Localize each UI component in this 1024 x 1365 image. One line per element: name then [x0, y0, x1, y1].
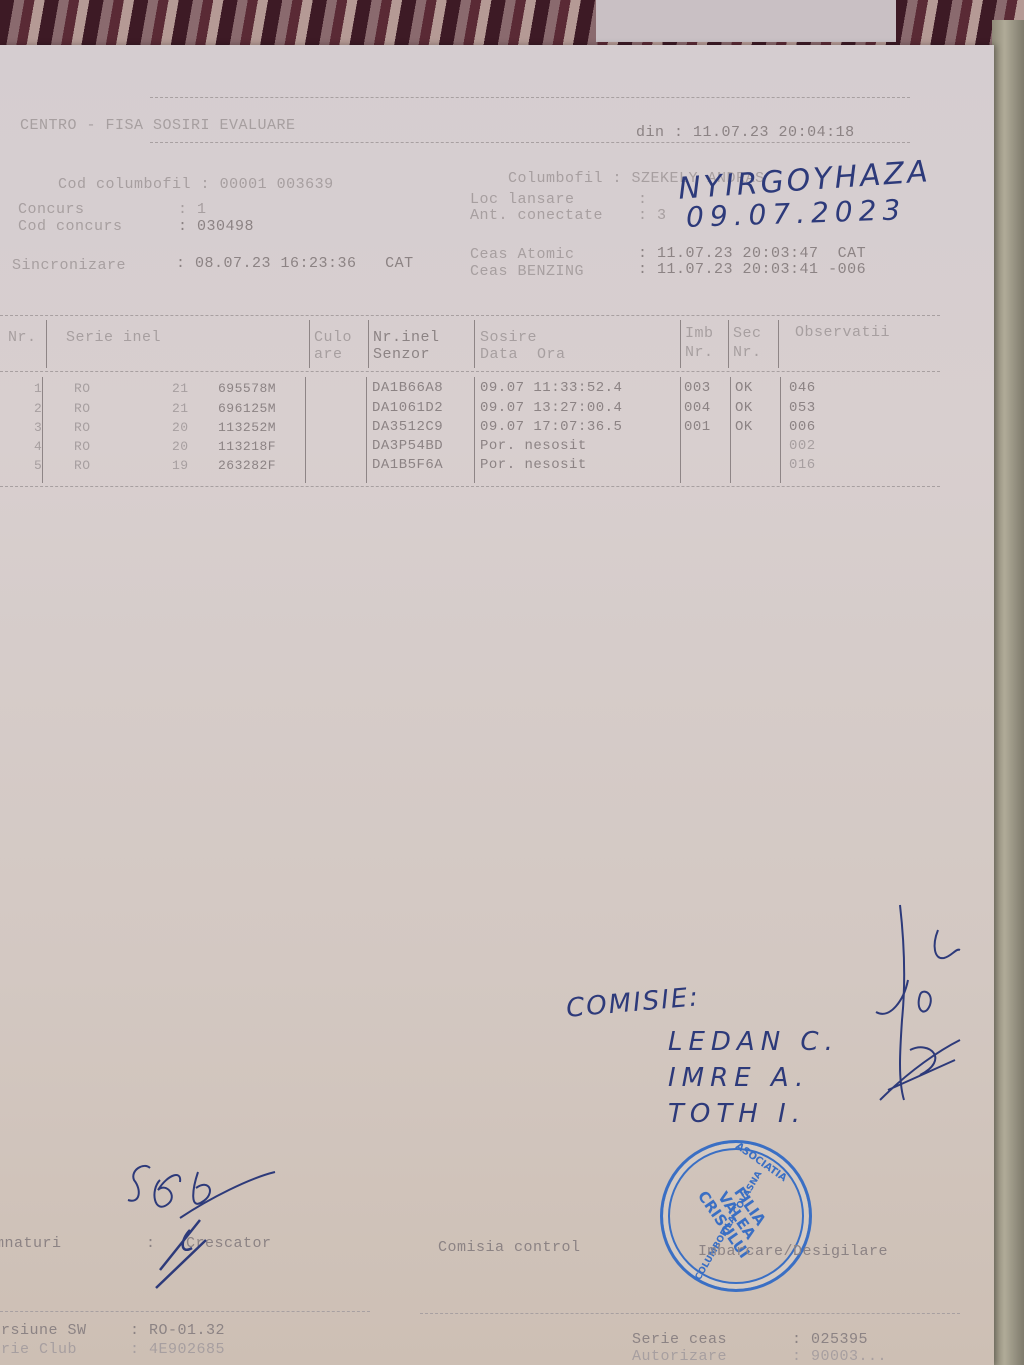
- col-header-data-ora: Data Ora: [480, 346, 566, 363]
- cod-concurs-value: : 030498: [178, 218, 254, 235]
- cell-ring: 113218F: [218, 439, 276, 454]
- cell-sec: OK: [735, 380, 753, 396]
- cell-year: 20: [172, 439, 189, 454]
- signatures-label: Semnaturi: [0, 1235, 62, 1252]
- columbofil-label: Columbofil: [508, 170, 603, 187]
- loc-lansare-label: Loc lansare: [470, 191, 575, 208]
- ceas-benzing-value: : 11.07.23 20:03:41 -006: [638, 261, 866, 278]
- col-header-imb-nr: Nr.: [685, 344, 714, 361]
- cell-year: 21: [172, 401, 189, 416]
- cell-ring: 113252M: [218, 420, 276, 435]
- column-divider: [305, 377, 306, 483]
- col-header-senzor: Senzor: [373, 346, 430, 363]
- concurs-label: Concurs: [18, 201, 85, 218]
- column-divider: [730, 377, 731, 483]
- cell-senzor: DA3P54BD: [372, 438, 443, 454]
- col-header-serie-inel: Serie inel: [66, 329, 161, 346]
- cell-ring: 695578M: [218, 381, 276, 396]
- cell-imb: 003: [684, 380, 711, 396]
- background-surface: [596, 0, 896, 42]
- cell-country: RO: [74, 458, 91, 473]
- serie-ceas-value: : 025395: [792, 1331, 868, 1348]
- column-divider: [680, 377, 681, 483]
- cell-senzor: DA1B66A8: [372, 380, 443, 396]
- col-header-culoare: Culo: [314, 329, 352, 346]
- cell-sec: OK: [735, 400, 753, 416]
- cell-nr: 3: [34, 420, 42, 435]
- cell-senzor: DA1B5F6A: [372, 457, 443, 473]
- autorizare-number: 90003...: [811, 1348, 887, 1365]
- autorizare-label: Autorizare: [632, 1348, 727, 1365]
- cell-sec: OK: [735, 419, 753, 435]
- table-top-border: [0, 315, 940, 316]
- cod-concurs-label: Cod concurs: [18, 218, 123, 235]
- ceas-atomic-value: : 11.07.23 20:03:47 CAT: [638, 245, 866, 262]
- table-header-border: [0, 371, 940, 372]
- cell-ring: 263282F: [218, 458, 276, 473]
- cell-ring: 696125M: [218, 401, 276, 416]
- ant-conectate-value: : 3: [638, 207, 667, 224]
- cell-sosire: 09.07 13:27:00.4: [480, 400, 622, 416]
- ant-conectate-label: Ant. conectate: [470, 207, 603, 224]
- cell-senzor: DA1061D2: [372, 400, 443, 416]
- cell-country: RO: [74, 439, 91, 454]
- ceas-benzing-label: Ceas BENZING: [470, 263, 584, 280]
- cell-nr: 2: [34, 401, 42, 416]
- sincronizare-label: Sincronizare: [12, 257, 126, 274]
- column-divider: [680, 320, 681, 368]
- cell-year: 21: [172, 381, 189, 396]
- handwritten-commission-title: COMISIE:: [565, 982, 701, 1024]
- cell-country: RO: [74, 420, 91, 435]
- breeder-signature: [120, 1160, 290, 1300]
- sincronizare-value: : 08.07.23 16:23:36 CAT: [176, 255, 414, 272]
- cell-year: 19: [172, 458, 189, 473]
- concurs-number: 1: [197, 201, 207, 218]
- cell-nr: 5: [34, 458, 42, 473]
- signature-imbarcare-label: Imbarcare/Desigilare: [698, 1243, 888, 1260]
- versiune-sw-number: RO-01.32: [149, 1322, 225, 1339]
- association-stamp: FILIA VALEA CRISULUI ASOCIATIA COLUMBOFI…: [660, 1140, 812, 1292]
- sincronizare-time: 08.07.23 16:23:36: [195, 255, 357, 272]
- serie-club-value: : 4E902685: [130, 1341, 225, 1358]
- ceas-atomic-label: Ceas Atomic: [470, 246, 575, 263]
- divider: [150, 142, 910, 143]
- document-title: CENTRO - FISA SOSIRI EVALUARE: [20, 117, 296, 134]
- columbofil-code-label: Cod columbofil: [58, 176, 191, 193]
- printed-at-value: 11.07.23 20:04:18: [693, 124, 855, 141]
- cell-sosire: 09.07 11:33:52.4: [480, 380, 622, 396]
- col-header-imb: Imb: [685, 325, 714, 342]
- commission-signature: [860, 900, 970, 1110]
- col-header-sec: Sec: [733, 325, 762, 342]
- col-header-observatii: Observatii: [795, 324, 890, 341]
- sincronizare-tz: CAT: [385, 255, 414, 272]
- column-divider: [728, 320, 729, 368]
- cell-obs: 053: [789, 400, 816, 416]
- col-header-culoare-2: are: [314, 346, 343, 363]
- col-header-nr: Nr.: [8, 329, 37, 346]
- handwritten-commission-member: IMRE A.: [668, 1063, 809, 1093]
- column-divider: [368, 320, 369, 368]
- loc-lansare-colon: :: [638, 191, 648, 208]
- printed-at-label: din: [636, 124, 665, 141]
- cell-obs: 046: [789, 380, 816, 396]
- column-divider: [474, 377, 475, 483]
- ant-conectate-number: 3: [657, 207, 667, 224]
- divider: [150, 97, 910, 98]
- ceas-atomic-tz: CAT: [838, 245, 867, 262]
- cod-concurs-number: 030498: [197, 218, 254, 235]
- autorizare-value: : 90003...: [792, 1348, 887, 1365]
- col-header-sec-nr: Nr.: [733, 344, 762, 361]
- serie-ceas-number: 025395: [811, 1331, 868, 1348]
- cell-imb: 004: [684, 400, 711, 416]
- cell-sosire: Por. nesosit: [480, 457, 587, 473]
- cell-obs: 006: [789, 419, 816, 435]
- column-divider: [366, 377, 367, 483]
- col-header-sosire: Sosire: [480, 329, 537, 346]
- ceas-atomic-time: 11.07.23 20:03:47: [657, 245, 819, 262]
- printed-sheet: CENTRO - FISA SOSIRI EVALUARE din : 11.0…: [0, 45, 994, 1365]
- cell-senzor: DA3512C9: [372, 419, 443, 435]
- column-divider: [778, 320, 779, 368]
- column-divider: [309, 320, 310, 368]
- versiune-sw-label: Versiune SW: [0, 1322, 87, 1339]
- cell-year: 20: [172, 420, 189, 435]
- serie-club-number: 4E902685: [149, 1341, 225, 1358]
- column-divider: [474, 320, 475, 368]
- cell-obs: 002: [789, 438, 816, 454]
- cell-country: RO: [74, 401, 91, 416]
- column-divider: [780, 377, 781, 483]
- cell-sosire: Por. nesosit: [480, 438, 587, 454]
- serie-ceas-label: Serie ceas: [632, 1331, 727, 1348]
- cell-nr: 4: [34, 439, 42, 454]
- columbofil-code-value: 00001 003639: [220, 176, 334, 193]
- ceas-benzing-time: 11.07.23 20:03:41: [657, 261, 819, 278]
- signature-comisia-label: Comisia control: [438, 1239, 581, 1256]
- versiune-sw-value: : RO-01.32: [130, 1322, 225, 1339]
- cell-imb: 001: [684, 419, 711, 435]
- col-header-nr-inel: Nr.inel: [373, 329, 440, 346]
- background-edge: [992, 20, 1024, 1365]
- divider: [420, 1313, 960, 1314]
- handwritten-commission-member: LEDAN C.: [668, 1027, 839, 1057]
- column-divider: [46, 320, 47, 368]
- serie-club-label: Serie Club: [0, 1341, 77, 1358]
- ceas-benzing-offset: -006: [828, 261, 866, 278]
- handwritten-release-date: 09.07.2023: [685, 193, 906, 234]
- table-bottom-border: [0, 486, 940, 487]
- printed-at: din : 11.07.23 20:04:18: [598, 107, 855, 158]
- cell-nr: 1: [34, 381, 42, 396]
- divider: [0, 1311, 370, 1312]
- cell-obs: 016: [789, 457, 816, 473]
- cell-sosire: 09.07 17:07:36.5: [480, 419, 622, 435]
- concurs-value: : 1: [178, 201, 207, 218]
- cell-country: RO: [74, 381, 91, 396]
